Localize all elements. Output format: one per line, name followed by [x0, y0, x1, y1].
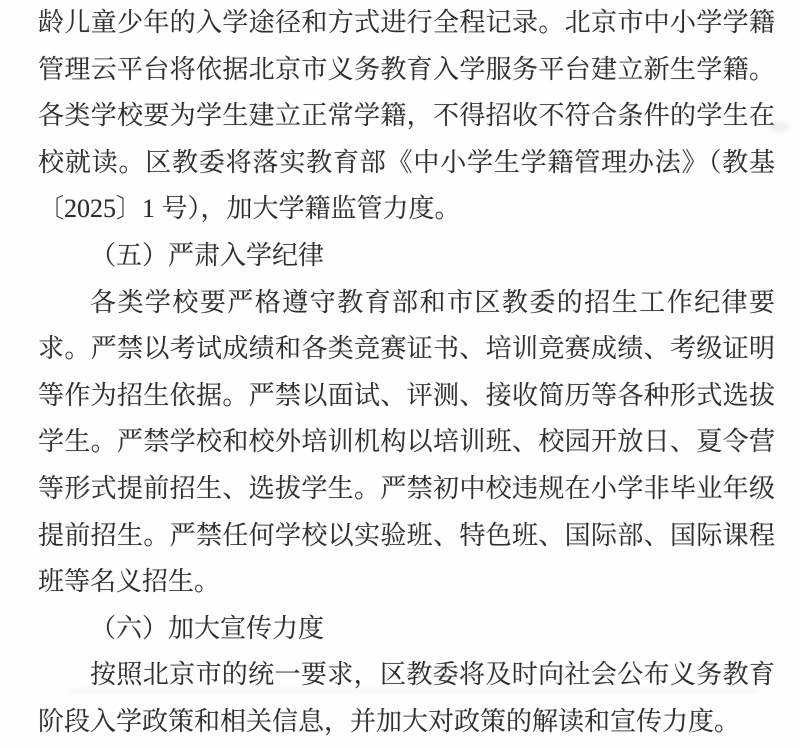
document-line: 〔2025〕1 号），加大学籍监管力度。	[38, 186, 775, 233]
document-line: 管理云平台将依据北京市义务教育入学服务平台建立新生学籍。	[38, 47, 775, 94]
document-line: 班等名义招生。	[38, 559, 775, 606]
document-line: 阶段入学政策和相关信息，并加大对政策的解读和宣传力度。	[38, 699, 775, 746]
document-line: 按照北京市的统一要求，区教委将及时向社会公布义务教育	[38, 652, 775, 699]
document-line: 各类学校要严格遵守教育部和市区教委的招生工作纪律要	[38, 280, 775, 327]
document-line: 校就读。区教委将落实教育部《中小学生学籍管理办法》（教基	[38, 140, 775, 187]
document-line: 学生。严禁学校和校外培训机构以培训班、校园开放日、夏令营	[38, 419, 775, 466]
document-line: 龄儿童少年的入学途径和方式进行全程记录。北京市中小学学籍	[38, 0, 775, 47]
section-heading: （六）加大宣传力度	[38, 606, 775, 653]
document-page: 龄儿童少年的入学途径和方式进行全程记录。北京市中小学学籍管理云平台将依据北京市义…	[0, 0, 800, 749]
section-heading: （五）严肃入学纪律	[38, 233, 775, 280]
document-line: 等作为招生依据。严禁以面试、评测、接收简历等各种形式选拔	[38, 373, 775, 420]
document-line: 求。严禁以考试成绩和各类竞赛证书、培训竞赛成绩、考级证明	[38, 326, 775, 373]
document-line: 等形式提前招生、选拔学生。严禁初中校违规在小学非毕业年级	[38, 466, 775, 513]
document-line: 提前招生。严禁任何学校以实验班、特色班、国际部、国际课程	[38, 513, 775, 560]
document-text: 龄儿童少年的入学途径和方式进行全程记录。北京市中小学学籍管理云平台将依据北京市义…	[38, 0, 775, 746]
document-line: 各类学校要为学生建立正常学籍，不得招收不符合条件的学生在	[38, 93, 775, 140]
